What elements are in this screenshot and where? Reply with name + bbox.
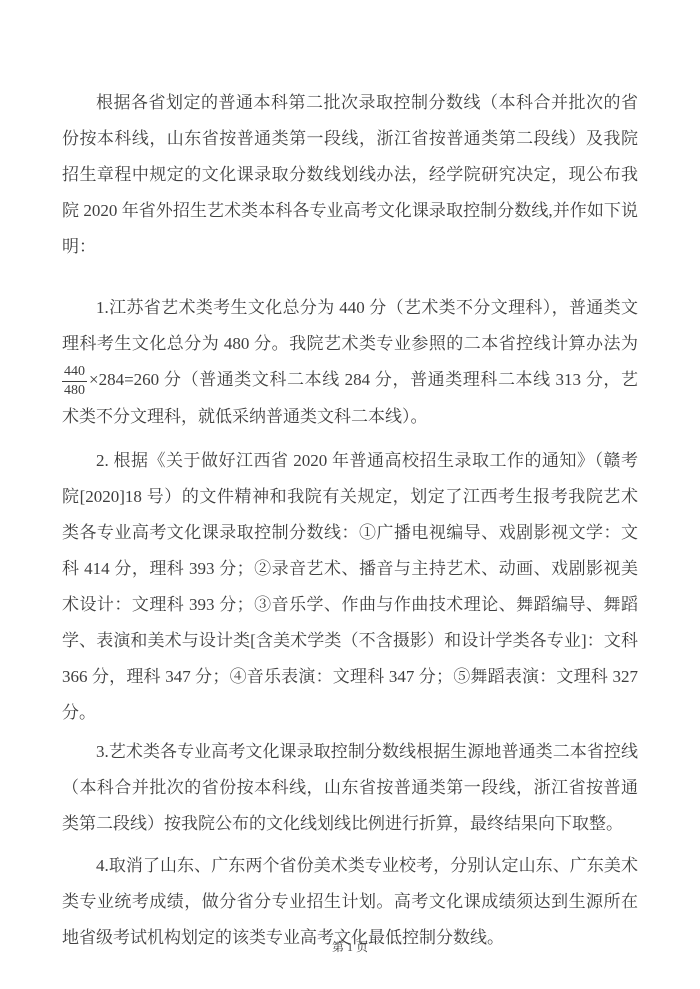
paragraph-item-2: 2. 根据《关于做好江西省 2020 年普通高校招生录取工作的通知》（赣考院[2…	[62, 443, 638, 731]
fraction-440-480: 440480	[62, 364, 87, 399]
intro-paragraph: 根据各省划定的普通本科第二批次录取控制分数线（本科合并批次的省份按本科线，山东省…	[62, 85, 638, 265]
paragraph-item-3: 3.艺术类各专业高考文化课录取控制分数线根据生源地普通类二本省控线（本科合并批次…	[62, 734, 638, 842]
document-page: 根据各省划定的普通本科第二批次录取控制分数线（本科合并批次的省份按本科线，山东省…	[0, 0, 700, 989]
paragraph-item-1: 1.江苏省艺术类考生文化总分为 440 分（艺术类不分文理科），普通类文理科考生…	[62, 290, 638, 435]
fraction-numerator: 440	[62, 364, 87, 382]
fraction-denominator: 480	[62, 382, 87, 399]
page-number: 第 1 页	[0, 938, 700, 955]
item1-text-before-fraction: 1.江苏省艺术类考生文化总分为 440 分（艺术类不分文理科），普通类文理科考生…	[62, 298, 638, 353]
item1-text-after-fraction: ×284=260 分（普通类文科二本线 284 分，普通类理科二本线 313 分…	[62, 370, 638, 426]
